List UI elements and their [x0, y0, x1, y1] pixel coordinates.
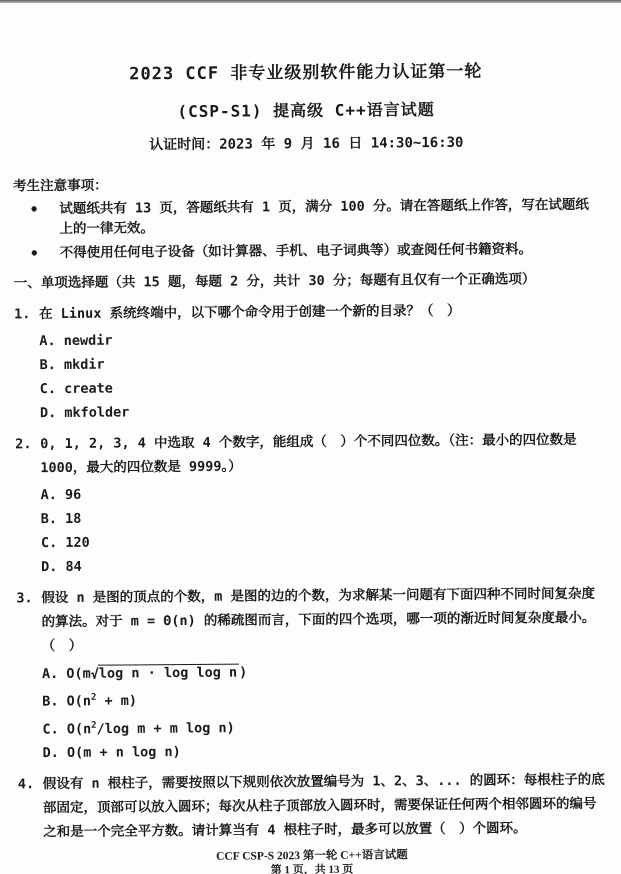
notice-bullet-1-text: 试题纸共有 13 页，答题纸共有 1 页，满分 100 分。请在答题纸上作答，写…	[59, 195, 600, 239]
notice-heading: 考生注意事项：	[13, 173, 600, 196]
notice-bullet-1: ● 试题纸共有 13 页，答题纸共有 1 页，满分 100 分。请在答题纸上作答…	[13, 195, 600, 240]
question-1-number: 1.	[14, 302, 40, 422]
question-1-option-c: C. create	[40, 377, 602, 398]
question-1-option-a: A. newdir	[39, 329, 601, 350]
question-1-option-b: B. mkdir	[39, 353, 601, 374]
page-content: 2023 CCF 非专业级别软件能力认证第一轮 (CSP-S1) 提高级 C++…	[0, 0, 621, 874]
question-2-option-a: A. 96	[41, 483, 603, 504]
question-3-number: 3.	[16, 586, 42, 762]
question-3-option-a: A. O(m√log n · log log n)	[42, 661, 604, 683]
question-3-option-d: D. O(m + n log n)	[43, 741, 605, 762]
question-1-body: 在 Linux 系统终端中，以下哪个命令用于创建一个新的目录？（ ） A. ne…	[39, 298, 602, 422]
question-4-text: 假设有 n 根柱子，需要按照以下规则依次放置编号为 1、2、3、... 的圆环：…	[43, 768, 606, 844]
question-3-text: 假设 n 是图的顶点的个数，m 是图的边的个数，为求解某一问题有下面四种不同时间…	[41, 582, 604, 658]
exam-paper-page: 2023 CCF 非专业级别软件能力认证第一轮 (CSP-S1) 提高级 C++…	[0, 0, 621, 874]
bullet-dot-icon: ●	[32, 243, 60, 263]
page-footer: CCF CSP-S 2023 第一轮 C++语言试题 第 1 页，共 13 页	[18, 848, 605, 874]
question-2-option-c: C. 120	[41, 531, 603, 552]
examinee-notice: 考生注意事项： ● 试题纸共有 13 页，答题纸共有 1 页，满分 100 分。…	[13, 173, 601, 264]
question-4: 4. 假设有 n 根柱子，需要按照以下规则依次放置编号为 1、2、3、... 的…	[18, 768, 606, 845]
question-2-option-d: D. 84	[41, 555, 603, 576]
question-3-body: 假设 n 是图的顶点的个数，m 是图的边的个数，为求解某一问题有下面四种不同时间…	[41, 582, 604, 762]
certification-time: 认证时间：2023 年 9 月 16 日 14:30~16:30	[13, 131, 600, 156]
bullet-dot-icon: ●	[31, 199, 59, 239]
paper-header: 2023 CCF 非专业级别软件能力认证第一轮 (CSP-S1) 提高级 C++…	[12, 56, 600, 156]
question-3: 3. 假设 n 是图的顶点的个数，m 是图的边的个数，为求解某一问题有下面四种不…	[16, 582, 604, 763]
question-2-number: 2.	[15, 432, 41, 576]
question-1: 1. 在 Linux 系统终端中，以下哪个命令用于创建一个新的目录？（ ） A.…	[14, 298, 602, 423]
question-2-text: 0, 1, 2, 3, 4 中选取 4 个数字，能组成（ ）个不同四位数。（注：…	[40, 428, 602, 480]
section-1-heading: 一、单项选择题（共 15 题，每题 2 分，共计 30 分；每题有且仅有一个正确…	[14, 271, 601, 293]
question-4-body: 假设有 n 根柱子，需要按照以下规则依次放置编号为 1、2、3、... 的圆环：…	[43, 768, 606, 844]
question-1-text: 在 Linux 系统终端中，以下哪个命令用于创建一个新的目录？（ ）	[39, 298, 601, 326]
question-1-option-d: D. mkfolder	[40, 401, 602, 422]
question-2-body: 0, 1, 2, 3, 4 中选取 4 个数字，能组成（ ）个不同四位数。（注：…	[40, 428, 603, 576]
notice-bullet-2: ● 不得使用任何电子设备（如计算器、手机、电子词典等）或查阅任何书籍资料。	[14, 239, 601, 264]
question-4-number: 4.	[18, 772, 44, 844]
question-2-option-b: B. 18	[41, 507, 603, 528]
paper-title-line1: 2023 CCF 非专业级别软件能力认证第一轮	[12, 56, 599, 86]
paper-title-line2: (CSP-S1) 提高级 C++语言试题	[12, 96, 599, 124]
question-2: 2. 0, 1, 2, 3, 4 中选取 4 个数字，能组成（ ）个不同四位数。…	[15, 428, 603, 577]
notice-bullet-2-text: 不得使用任何电子设备（如计算器、手机、电子词典等）或查阅任何书籍资料。	[60, 239, 601, 263]
question-3-option-b: B. O(n2 + m)	[42, 686, 604, 711]
question-3-option-c: C. O(n2/log m + m log n)	[42, 713, 604, 738]
